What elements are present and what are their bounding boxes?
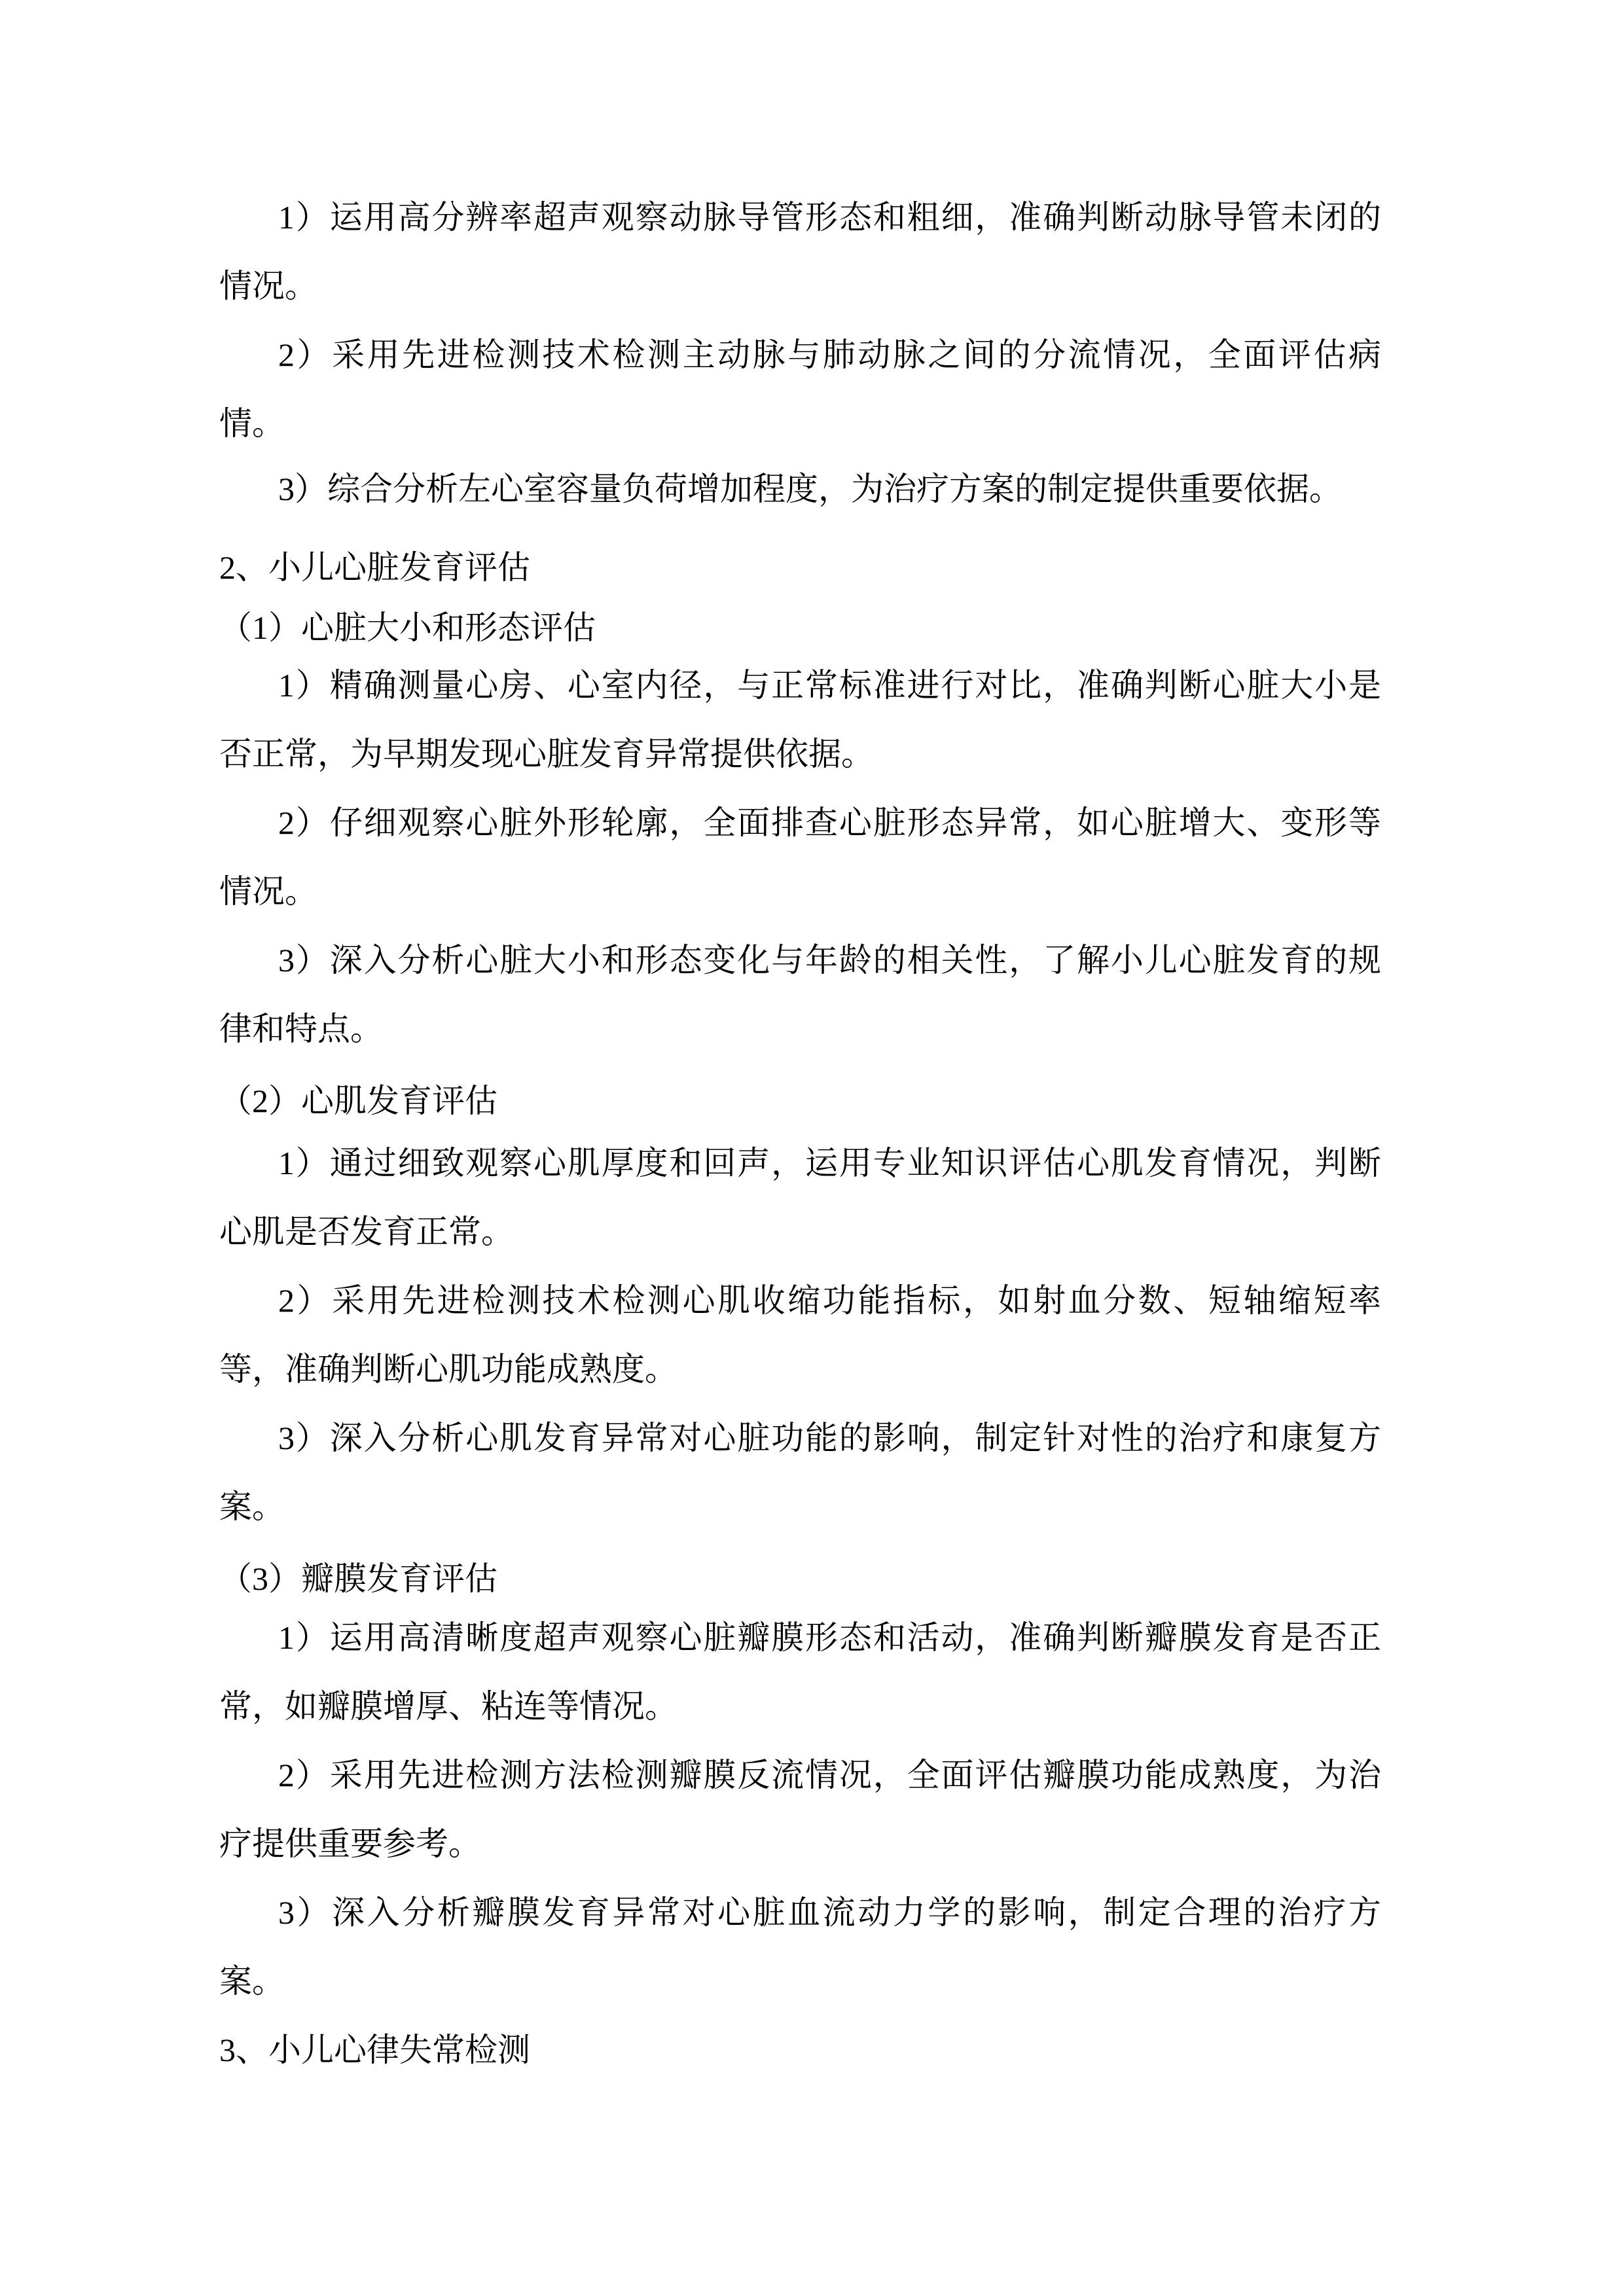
numbered-item: 3）深入分析瓣膜发育异常对心脏血流动力学的影响，制定合理的治疗方 案。 <box>219 1878 1381 2016</box>
text-line: 3、小儿心律失常检测 <box>219 2016 1381 2085</box>
text-line: 2）采用先进检测方法检测瓣膜反流情况，全面评估瓣膜功能成熟度，为治 <box>219 1741 1381 1810</box>
numbered-item: 3）综合分析左心室容量负荷增加程度，为治疗方案的制定提供重要依据。 <box>219 455 1381 524</box>
text-line: 案。 <box>219 1947 1381 2016</box>
numbered-item: 2）仔细观察心脏外形轮廓，全面排查心脏形态异常，如心脏增大、变形等 情况。 <box>219 789 1381 926</box>
text-line: 3）深入分析心肌发育异常对心脏功能的影响，制定针对性的治疗和康复方 <box>219 1404 1381 1473</box>
text-line: 否正常，为早期发现心脏发育异常提供依据。 <box>219 720 1381 789</box>
text-line: 1）运用高分辨率超声观察动脉导管形态和粗细，准确判断动脉导管未闭的 <box>219 183 1381 252</box>
numbered-item: 1）通过细致观察心肌厚度和回声，运用专业知识评估心肌发育情况，判断 心肌是否发育… <box>219 1129 1381 1266</box>
text-line: 心肌是否发育正常。 <box>219 1198 1381 1266</box>
text-line: 1）运用高清晰度超声观察心脏瓣膜形态和活动，准确判断瓣膜发育是否正 <box>219 1604 1381 1672</box>
numbered-item: 1）运用高分辨率超声观察动脉导管形态和粗细，准确判断动脉导管未闭的 情况。 <box>219 183 1381 321</box>
text-line: （2）心肌发育评估 <box>219 1067 1381 1136</box>
text-line: 案。 <box>219 1473 1381 1541</box>
text-line: 2）仔细观察心脏外形轮廓，全面排查心脏形态异常，如心脏增大、变形等 <box>219 789 1381 857</box>
document-content: 1）运用高分辨率超声观察动脉导管形态和粗细，准确判断动脉导管未闭的 情况。 2）… <box>219 0 1381 2085</box>
numbered-item: 2）采用先进检测技术检测心肌收缩功能指标，如射血分数、短轴缩短率 等，准确判断心… <box>219 1266 1381 1404</box>
text-line: 1）通过细致观察心肌厚度和回声，运用专业知识评估心肌发育情况，判断 <box>219 1129 1381 1198</box>
numbered-item: 2）采用先进检测方法检测瓣膜反流情况，全面评估瓣膜功能成熟度，为治 疗提供重要参… <box>219 1741 1381 1878</box>
text-line: 2）采用先进检测技术检测主动脉与肺动脉之间的分流情况，全面评估病 <box>219 321 1381 389</box>
text-line: 2）采用先进检测技术检测心肌收缩功能指标，如射血分数、短轴缩短率 <box>219 1266 1381 1335</box>
text-line: 情。 <box>219 389 1381 458</box>
numbered-item: 1）精确测量心房、心室内径，与正常标准进行对比，准确判断心脏大小是 否正常，为早… <box>219 651 1381 789</box>
numbered-item: 2）采用先进检测技术检测主动脉与肺动脉之间的分流情况，全面评估病 情。 <box>219 321 1381 458</box>
text-line: 3）深入分析心脏大小和形态变化与年龄的相关性，了解小儿心脏发育的规 <box>219 926 1381 995</box>
text-line: 2、小儿心脏发育评估 <box>219 533 1381 602</box>
section-heading: 3、小儿心律失常检测 <box>219 2016 1381 2085</box>
text-line: 疗提供重要参考。 <box>219 1810 1381 1878</box>
document-page: 1）运用高分辨率超声观察动脉导管形态和粗细，准确判断动脉导管未闭的 情况。 2）… <box>0 0 1624 2296</box>
text-line: 等，准确判断心肌功能成熟度。 <box>219 1335 1381 1404</box>
text-line: 3）综合分析左心室容量负荷增加程度，为治疗方案的制定提供重要依据。 <box>219 455 1381 524</box>
text-line: 常，如瓣膜增厚、粘连等情况。 <box>219 1672 1381 1741</box>
text-line: 1）精确测量心房、心室内径，与正常标准进行对比，准确判断心脏大小是 <box>219 651 1381 720</box>
text-line: 3）深入分析瓣膜发育异常对心脏血流动力学的影响，制定合理的治疗方 <box>219 1878 1381 1947</box>
numbered-item: 3）深入分析心脏大小和形态变化与年龄的相关性，了解小儿心脏发育的规 律和特点。 <box>219 926 1381 1064</box>
numbered-item: 1）运用高清晰度超声观察心脏瓣膜形态和活动，准确判断瓣膜发育是否正 常，如瓣膜增… <box>219 1604 1381 1741</box>
text-line: 情况。 <box>219 252 1381 321</box>
numbered-item: 3）深入分析心肌发育异常对心脏功能的影响，制定针对性的治疗和康复方 案。 <box>219 1404 1381 1541</box>
text-line: 律和特点。 <box>219 995 1381 1064</box>
section-heading: 2、小儿心脏发育评估 <box>219 533 1381 602</box>
text-line: 情况。 <box>219 857 1381 926</box>
subsection-heading: （2）心肌发育评估 <box>219 1067 1381 1136</box>
